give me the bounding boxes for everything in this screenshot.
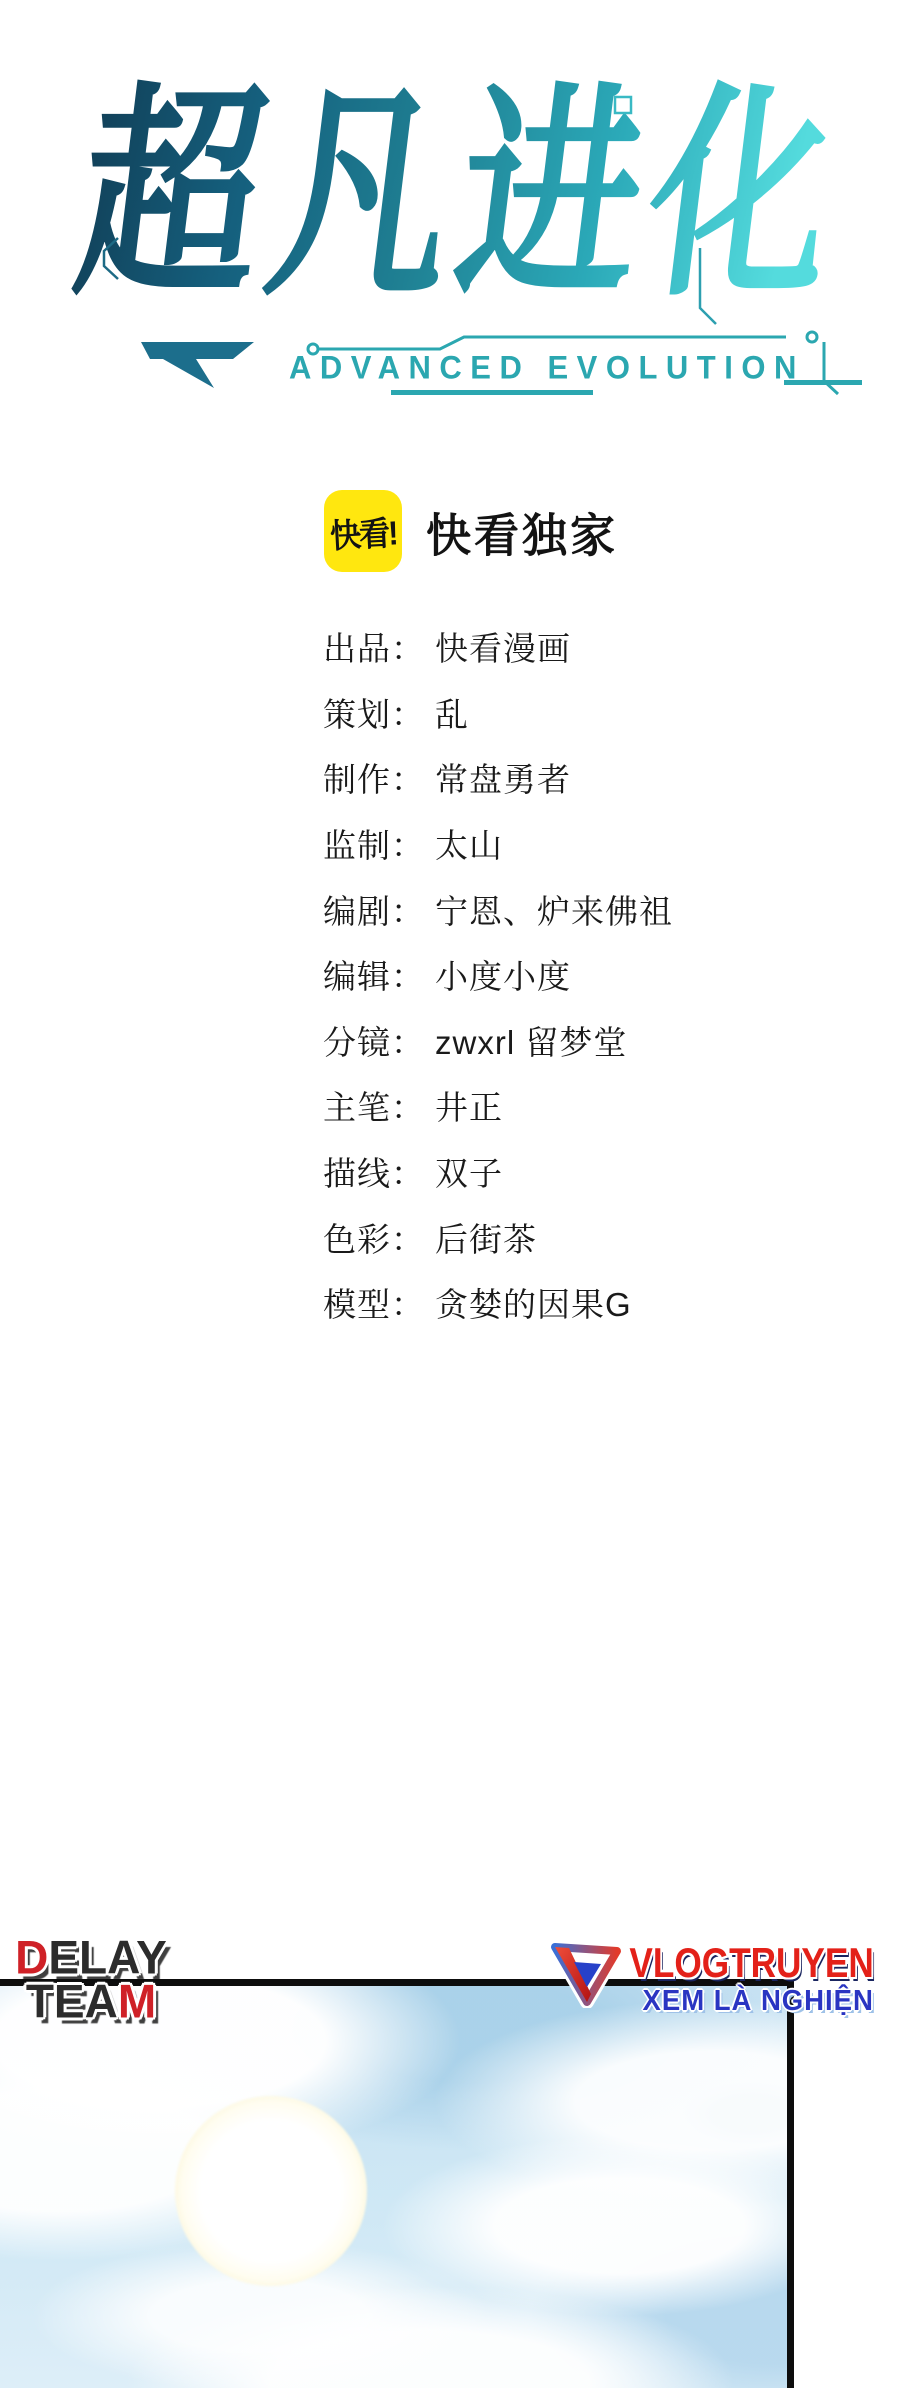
circuit-accent-decoration bbox=[0, 0, 900, 340]
credit-colon: ： bbox=[391, 886, 425, 933]
credit-row: 描线：双子 bbox=[323, 1139, 673, 1205]
kuaikan-exclusive-label: 快看独家 bbox=[426, 498, 618, 564]
credit-row: 编剧：宁恩、炉来佛祖 bbox=[323, 876, 673, 942]
credits-list: 出品：快看漫画 策划：乱 制作：常盘勇者 监制：太山 编剧：宁恩、炉来佛祖 编辑… bbox=[323, 614, 673, 1336]
credit-label: 监制 bbox=[323, 820, 391, 867]
credit-row: 制作：常盘勇者 bbox=[323, 745, 673, 811]
comic-title-page: 超凡进化 ADVANCED EVOLUTION 快看! 快看独家 出品：快看漫画… bbox=[0, 0, 900, 2388]
series-title-en: ADVANCED EVOLUTION bbox=[289, 350, 805, 386]
credit-label: 色彩 bbox=[323, 1214, 391, 1261]
credit-row: 出品：快看漫画 bbox=[323, 614, 673, 680]
credit-row: 主笔：井正 bbox=[323, 1073, 673, 1139]
team-letters-dark: TEA bbox=[26, 1975, 118, 2028]
credit-label: 主笔 bbox=[323, 1082, 391, 1129]
credit-row: 策划：乱 bbox=[323, 680, 673, 746]
credit-value: 双子 bbox=[435, 1148, 503, 1195]
credit-label: 编剧 bbox=[323, 886, 391, 933]
credit-row: 编辑：小度小度 bbox=[323, 942, 673, 1008]
credit-value: 井正 bbox=[435, 1082, 503, 1129]
credit-label: 模型 bbox=[323, 1279, 391, 1326]
credit-row: 监制：太山 bbox=[323, 811, 673, 877]
credit-value: 常盘勇者 bbox=[435, 754, 571, 801]
credit-colon: ： bbox=[391, 754, 425, 801]
credit-label: 编辑 bbox=[323, 951, 391, 998]
credit-row: 色彩：后街茶 bbox=[323, 1204, 673, 1270]
credit-colon: ： bbox=[391, 1082, 425, 1129]
credit-value: 小度小度 bbox=[435, 951, 571, 998]
credit-colon: ： bbox=[391, 1214, 425, 1261]
delay-team-line2: TEAM bbox=[6, 1979, 176, 2024]
credit-colon: ： bbox=[391, 951, 425, 998]
credit-label: 描线 bbox=[323, 1148, 391, 1195]
team-letter-red: M bbox=[118, 1975, 156, 2028]
credit-label: 策划 bbox=[323, 689, 391, 736]
kuaikan-badge-text: 快看! bbox=[329, 505, 398, 557]
credit-value: 宁恩、炉来佛祖 bbox=[435, 886, 673, 933]
vlogtruyen-tagline: XEM LÀ NGHIỆN bbox=[610, 1985, 874, 2018]
sky-panel-image bbox=[0, 1986, 787, 2388]
kuaikan-logo-badge: 快看! bbox=[324, 490, 402, 572]
vlogtruyen-triangle-icon bbox=[549, 1942, 623, 2008]
credit-value: 贪婪的因果G bbox=[435, 1279, 632, 1326]
credit-value: 快看漫画 bbox=[435, 623, 571, 670]
delay-team-line1: DELAY bbox=[6, 1935, 176, 1980]
vlogtruyen-logo: VLOGTRUYEN XEM LÀ NGHIỆN bbox=[596, 1940, 874, 2018]
credit-value: 后街茶 bbox=[435, 1214, 537, 1261]
credit-label: 分镜 bbox=[323, 1017, 391, 1064]
credit-colon: ： bbox=[391, 1017, 425, 1064]
sun-glow bbox=[175, 2096, 367, 2286]
credit-colon: ： bbox=[391, 623, 425, 670]
delay-team-logo: DELAY TEAM bbox=[6, 1935, 176, 2023]
credit-value: zwxrl 留梦堂 bbox=[435, 1017, 627, 1064]
credit-row: 模型：贪婪的因果G bbox=[323, 1270, 673, 1336]
credit-colon: ： bbox=[391, 1279, 425, 1326]
publisher-row: 快看! 快看独家 bbox=[324, 489, 618, 573]
credit-row: 分镜：zwxrl 留梦堂 bbox=[323, 1008, 673, 1074]
panel-right-border bbox=[787, 1979, 794, 2388]
credit-colon: ： bbox=[391, 1148, 425, 1195]
credit-colon: ： bbox=[391, 820, 425, 867]
vlogtruyen-name: VLOGTRUYEN bbox=[630, 1940, 874, 1987]
credit-label: 出品 bbox=[323, 623, 391, 670]
credit-label: 制作 bbox=[323, 754, 391, 801]
credit-value: 太山 bbox=[435, 820, 503, 867]
credit-colon: ： bbox=[391, 689, 425, 736]
credit-value: 乱 bbox=[435, 689, 469, 736]
